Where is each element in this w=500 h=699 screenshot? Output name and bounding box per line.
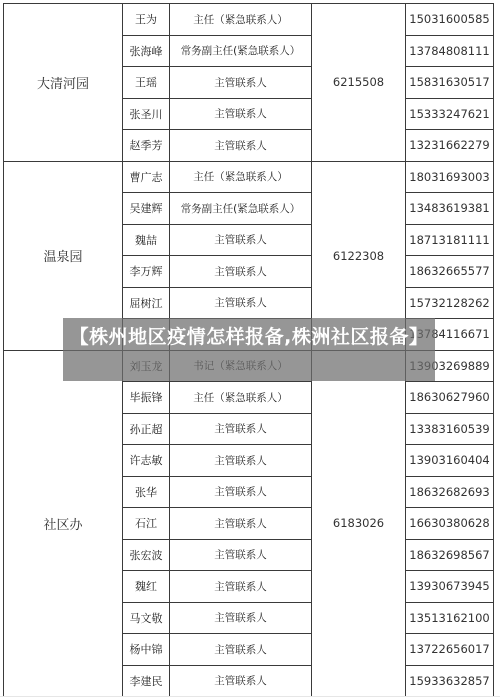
- contact-name: 张圣川: [123, 98, 170, 130]
- contact-role: 主管联系人: [170, 67, 312, 99]
- contact-name: 张海峰: [123, 35, 170, 67]
- contact-name: 屈树江: [123, 287, 170, 319]
- contact-name: 李建民: [123, 665, 170, 697]
- contact-role: 主任（紧急联系人）: [170, 382, 312, 414]
- contact-role: 主管联系人: [170, 256, 312, 288]
- contact-role: 主管联系人: [170, 224, 312, 256]
- mobile-phone: 13722656017: [406, 634, 494, 666]
- mobile-phone: 13930673945: [406, 571, 494, 603]
- contact-role: 主管联系人: [170, 602, 312, 634]
- mobile-phone: 18632682693: [406, 476, 494, 508]
- table-row: 大清河园 王为 主任（紧急联系人） 6215508 15031600585: [4, 4, 494, 36]
- contact-role: 主管联系人: [170, 98, 312, 130]
- contact-role: 主任（紧急联系人）: [170, 4, 312, 36]
- contact-name: 杨中锦: [123, 634, 170, 666]
- mobile-phone: 13231662279: [406, 130, 494, 162]
- contact-role: 主管联系人: [170, 287, 312, 319]
- contact-role: 主管联系人: [170, 665, 312, 697]
- title-overlay-banner: 【株州地区疫情怎样报备,株洲社区报备】: [63, 318, 435, 381]
- mobile-phone: 15031600585: [406, 4, 494, 36]
- mobile-phone: 13784808111: [406, 35, 494, 67]
- group-name-cell: 大清河园: [4, 4, 123, 162]
- contact-role: 常务副主任(紧急联系人）: [170, 35, 312, 67]
- contact-name: 赵季芳: [123, 130, 170, 162]
- contact-role: 主管联系人: [170, 571, 312, 603]
- contact-name: 吴建辉: [123, 193, 170, 225]
- mobile-phone: 15732128262: [406, 287, 494, 319]
- mobile-phone: 16630380628: [406, 508, 494, 540]
- contact-role: 主管联系人: [170, 508, 312, 540]
- contact-name: 魏红: [123, 571, 170, 603]
- mobile-phone: 18632698567: [406, 539, 494, 571]
- mobile-phone: 13903160404: [406, 445, 494, 477]
- contact-name: 王瑶: [123, 67, 170, 99]
- group-name-cell: 社区办: [4, 350, 123, 697]
- contact-name: 曹广志: [123, 161, 170, 193]
- mobile-phone: 13513162100: [406, 602, 494, 634]
- contact-role: 主管联系人: [170, 476, 312, 508]
- contact-name: 许志敏: [123, 445, 170, 477]
- mobile-phone: 18630627960: [406, 382, 494, 414]
- contact-name: 魏喆: [123, 224, 170, 256]
- contact-name: 张宏波: [123, 539, 170, 571]
- mobile-phone: 15933632857: [406, 665, 494, 697]
- contact-role: 主任（紧急联系人）: [170, 161, 312, 193]
- contact-name: 毕振锋: [123, 382, 170, 414]
- table-row: 温泉园 曹广志 主任（紧急联系人） 6122308 18031693003: [4, 161, 494, 193]
- mobile-phone: 18632665577: [406, 256, 494, 288]
- mobile-phone: 15831630517: [406, 67, 494, 99]
- mobile-phone: 18031693003: [406, 161, 494, 193]
- contact-name: 马文敬: [123, 602, 170, 634]
- contact-role: 主管联系人: [170, 445, 312, 477]
- mobile-phone: 15333247621: [406, 98, 494, 130]
- page-bottom-divider: [0, 696, 500, 697]
- contact-name: 石江: [123, 508, 170, 540]
- contact-role: 主管联系人: [170, 539, 312, 571]
- mobile-phone: 13383160539: [406, 413, 494, 445]
- contact-role: 主管联系人: [170, 130, 312, 162]
- contact-name: 张华: [123, 476, 170, 508]
- mobile-phone: 18713181111: [406, 224, 494, 256]
- office-phone-cell: 6215508: [312, 4, 406, 162]
- contact-name: 孙正超: [123, 413, 170, 445]
- contact-role: 常务副主任(紧急联系人）: [170, 193, 312, 225]
- contact-name: 李万辉: [123, 256, 170, 288]
- mobile-phone: 13483619381: [406, 193, 494, 225]
- contact-role: 主管联系人: [170, 634, 312, 666]
- office-phone-cell: 6183026: [312, 350, 406, 697]
- contact-name: 王为: [123, 4, 170, 36]
- contact-role: 主管联系人: [170, 413, 312, 445]
